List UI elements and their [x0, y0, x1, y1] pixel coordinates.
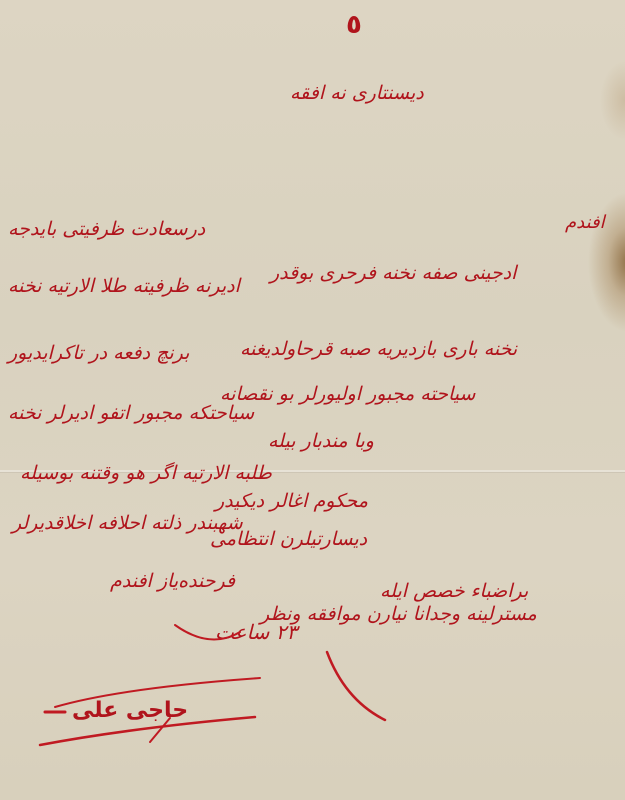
ink-strokes — [0, 0, 625, 800]
document-page: ٥ دیسنتاری نه افقه افندم درسعادت ظرفیتی … — [0, 0, 625, 800]
